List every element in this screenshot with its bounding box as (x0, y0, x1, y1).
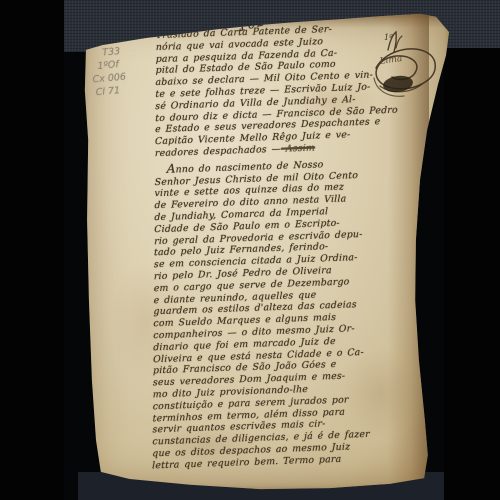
photo-of-manuscript: { "scene": { "background_color": "#05060… (0, 0, 500, 500)
manuscript-page: T331ºOfCx 006Cl 71 1024 Lima 1ª Traslado… (80, 12, 452, 492)
handwritten-text-block: Traslado da Carta Patente de Ser-nória q… (152, 21, 402, 471)
manuscript-paragraph: Anno do nascimento de NossoSenhor Jesus … (152, 155, 401, 472)
manuscript-paragraph: Traslado da Carta Patente de Ser-nória q… (155, 21, 402, 159)
background-left (0, 0, 64, 500)
pencil-code-line: Cl 71 (95, 83, 127, 99)
background-right (444, 48, 500, 500)
cancelled-word: Assim (281, 142, 315, 154)
archival-pencil-codes: T331ºOfCx 006Cl 71 (90, 45, 128, 100)
